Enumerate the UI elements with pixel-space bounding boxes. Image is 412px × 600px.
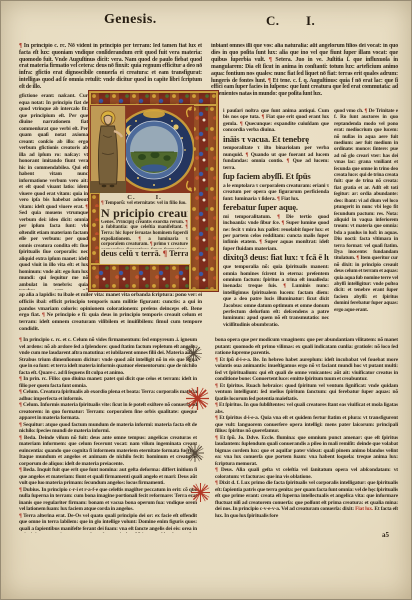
gloss-top-left: ¶ In principio c. rc. Nō vident in princ… xyxy=(19,43,202,91)
creation-cosmos-illustration xyxy=(114,105,194,193)
chapter-label: C. xyxy=(266,13,279,29)
gloss-segment: que temporalia nō: quia ſpiritualis mane… xyxy=(223,264,329,328)
commentary-paragraph: ¶ Beda. Inquit fuit que erit que ſunt no… xyxy=(19,467,197,487)
gloss-segment: temporalitate τ iſto binariolam per verb… xyxy=(223,145,329,171)
bible-text-line: ſup faciem abyſſi. Et ſpūs xyxy=(223,172,329,182)
commentary-paragraph: ¶ Et ſpū d-i-e-a. Be. In hebreo habet au… xyxy=(215,357,398,383)
commentary-lower-left: ¶ In principio c. rc. et c. Celum nō vid… xyxy=(19,337,197,533)
asterisk-ornament-icon xyxy=(191,483,210,502)
commentary-paragraph: ¶ Et ſpū. Jo. Ddve. Eccle. flumina: que … xyxy=(215,435,398,468)
illuminated-initial-block: C.I. ¶ Temporū: vel eternitate: vel in f… xyxy=(89,91,218,291)
page-title: Genesis. xyxy=(104,12,157,28)
bible-text-column: i pauſari noſtra que ſunt anima antiqui.… xyxy=(223,108,329,334)
floral-border-left xyxy=(90,193,100,264)
commentary-paragraph: ¶ Celum. Informis materia ſpiritualis vi… xyxy=(19,402,197,422)
gloss-segment: a le emptolara τ corporalem creaturam: e… xyxy=(223,183,329,202)
gloss-top-right: inbiant omnes illi que vos: alia natural… xyxy=(211,43,398,105)
commentary-paragraph: ¶ Terra alterina erat. De-Os vel quato q… xyxy=(19,513,197,534)
commentary-paragraph: ¶ Et ſpiritus. Ruach hebraice: quod ſpir… xyxy=(215,383,398,403)
floral-border-right xyxy=(190,105,217,290)
chapter-numeral: I. xyxy=(306,13,315,29)
miniature-chapter-label: C. xyxy=(127,194,135,201)
gloss-segment: mi temporalitatum. ¶ Die tertio quod inc… xyxy=(223,214,329,252)
commentary-lower-right: bona opera que per modicum vmaginem: que… xyxy=(215,337,398,537)
gloss-left-column: gfictione erant: naſcant. Cur equa notat… xyxy=(19,93,88,290)
gloss-right-column: quod vmo ch. ¶ De Trinitate e f. Ro ſunt… xyxy=(334,108,398,334)
gloss-segment: i pauſari noſtra que ſunt anima antiqui.… xyxy=(223,108,329,134)
floral-border-bottom xyxy=(90,264,190,290)
signature-mark: a5 xyxy=(382,531,389,539)
commentary-paragraph: ¶ Deus. Alia quali geſta vt celeſtia vel… xyxy=(215,467,398,480)
interlinear-gloss: Genes. Principij creantis exordia rerum.… xyxy=(101,220,188,249)
commentary-paragraph: ¶ Dixit d. f. Lux primo die facta ſpirit… xyxy=(215,480,398,519)
gloss-below-miniature: ap alia a lapidis: tu ibale et miſer vit… xyxy=(19,292,202,334)
bible-text-line: dixitq3 deus: fiat lux: τ fcā ē lux xyxy=(223,253,329,263)
incipit-large-text: N pricipio creauit xyxy=(101,207,188,220)
bible-text-line: ināis τ vacua. Et tenebrę xyxy=(223,135,329,145)
incipit-text-area: C.I. ¶ Temporū: vel eternitate: vel in f… xyxy=(101,194,188,264)
commentary-paragraph: ¶ In principio c. rc. et c. Celum nō vid… xyxy=(19,337,197,376)
creator-figure-illustration xyxy=(90,105,126,193)
asterisk-ornament-icon xyxy=(186,444,204,462)
commentary-paragraph: ¶ Dubius. In principio c-r-i et r-a-f-e … xyxy=(19,487,197,513)
commentary-paragraph: ¶ In prin. rc. Filio: quo diuina manet: … xyxy=(19,376,197,389)
miniature-chapter-heading: C.I. xyxy=(101,194,188,201)
commentary-paragraph: ¶ Et ſpiritus d-i-e-a. Quia vna eſt et q… xyxy=(215,415,398,435)
asterisk-ornament-icon xyxy=(185,345,202,362)
commentary-paragraph: bona opera que per modicum vmaginem: que… xyxy=(215,337,398,357)
asterisk-ornament-icon xyxy=(186,387,209,410)
commentary-paragraph: ¶ Sequitur: atque quod factum mundum de … xyxy=(19,422,197,435)
commentary-paragraph: ¶ Celum. Creatura ſpiritualis ab exordio… xyxy=(19,389,197,402)
incipit-continuation: deus celū τ terrā. ¶ Terra aūt xyxy=(101,249,188,258)
miniature-chapter-numeral: I. xyxy=(156,194,162,201)
commentary-paragraph: ¶ Et ſpiritus. In quo ſubſiſtentes: vel … xyxy=(215,402,398,415)
commentary-paragraph: ¶ Beda. Deinde viſum nō fuit: deus ante … xyxy=(19,435,197,468)
floral-border-top xyxy=(90,92,217,105)
manuscript-page: Genesis. C. I. ¶ In principio c. rc. Nō … xyxy=(1,1,411,599)
bible-text-line: ferebatur ſuper aquę. xyxy=(223,203,329,213)
